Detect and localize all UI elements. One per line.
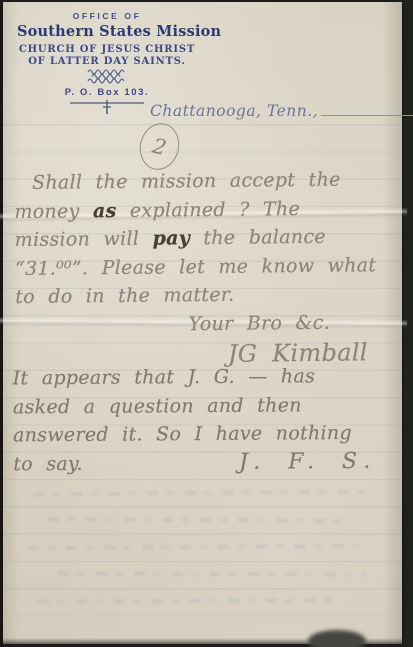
bleed-through-writing <box>48 517 342 523</box>
handwriting-line: It appears that J. G. — has <box>13 362 405 393</box>
dateline: Chattanooga, Tenn., 189 <box>150 102 413 120</box>
letterhead-church-line2: OF LATTER DAY SAINTS. <box>17 56 197 67</box>
bleed-through-writing <box>28 544 362 550</box>
dark-corner-blob <box>308 630 366 647</box>
handwriting-line: to say. J. F. S. <box>13 447 405 478</box>
letterhead-po-box: P. O. Box 103. <box>17 87 197 98</box>
handwriting-line: money as explained ? The <box>14 194 404 227</box>
handwritten-paragraph-1: Shall the mission accept the money as ex… <box>14 165 406 371</box>
letter-page: OFFICE OF Southern States Mission CHURCH… <box>3 2 402 644</box>
handwriting-segment: the balance <box>190 226 326 249</box>
bleed-through-writing <box>33 490 372 497</box>
scroll-ornament-icon <box>84 69 130 84</box>
page-number-oval: 2 <box>135 119 184 174</box>
bleed-through-writing <box>38 598 332 604</box>
handwriting-segment: mission will <box>15 228 153 251</box>
overwritten-word: as <box>93 200 117 222</box>
handwriting-line: answered it. So I have nothing <box>13 419 405 450</box>
letterhead-office-of: OFFICE OF <box>17 11 197 21</box>
dagger-rule-ornament-icon <box>64 99 150 115</box>
handwritten-paragraph-2: It appears that J. G. — has asked a ques… <box>13 362 406 479</box>
overwritten-word: pay <box>152 227 190 249</box>
bleed-through-writing <box>58 571 367 576</box>
handwriting-line: asked a question and then <box>13 390 405 421</box>
closing-line: Your Bro &c. <box>15 308 405 341</box>
letterhead-church-line1: CHURCH OF JESUS CHRIST <box>17 44 197 55</box>
page-number: 2 <box>150 133 169 160</box>
dateline-blank-rule <box>321 114 413 116</box>
handwriting-segment: explained ? The <box>116 198 300 222</box>
handwriting-segment: to say. <box>13 450 83 479</box>
handwriting-line: “31.⁰⁰”. Please let me know what <box>15 251 405 284</box>
letterhead: OFFICE OF Southern States Mission CHURCH… <box>17 11 197 115</box>
handwriting-segment: money <box>14 200 93 223</box>
dateline-place: Chattanooga, Tenn., <box>150 102 318 120</box>
photo-background: OFFICE OF Southern States Mission CHURCH… <box>0 0 413 647</box>
handwriting-line: Shall the mission accept the <box>14 165 404 198</box>
handwriting-line: mission will pay the balance <box>15 222 405 255</box>
letterhead-mission-name: Southern States Mission <box>17 23 197 40</box>
signature-jfs: J. F. S. <box>239 448 377 478</box>
handwriting-line: to do in the matter. <box>15 279 405 312</box>
